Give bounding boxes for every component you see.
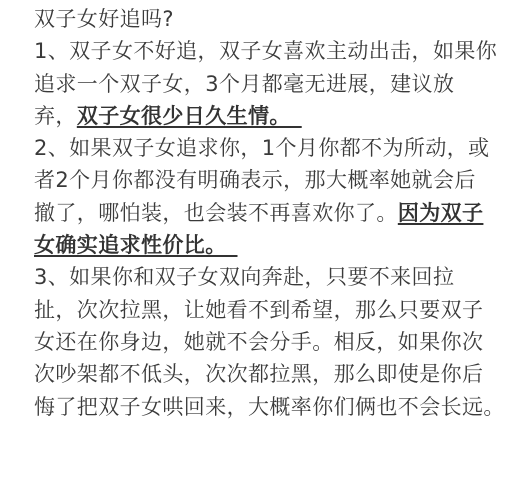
text-segment: 撤了，哪怕装，也会装不再喜欢你了。 xyxy=(34,201,398,225)
text-line: 女还在你身边，她就不会分手。相反，如果你次 xyxy=(34,326,510,358)
paragraph-3: 3、如果你和双子女双向奔赴，只要不来回拉 扯，次次拉黑，让她看不到希望，那么只要… xyxy=(34,261,510,422)
text-line: 追求一个双子女，3个月都毫无进展，建议放 xyxy=(34,68,510,100)
text-segment: 者2个月你都没有明确表示，那大概率她就会后 xyxy=(34,168,476,192)
text-segment: 2、如果双子女追求你，1个月你都不为所动，或 xyxy=(34,136,490,160)
text-line: 撤了，哪怕装，也会装不再喜欢你了。因为双子 xyxy=(34,197,510,229)
text-line: 3、如果你和双子女双向奔赴，只要不来回拉 xyxy=(34,261,510,293)
emphasized-text: 女确实追求性价比。_ xyxy=(34,233,238,257)
paragraph-2: 2、如果双子女追求你，1个月你都不为所动，或 者2个月你都没有明确表示，那大概率… xyxy=(34,132,510,261)
text-line: 1、双子女不好追，双子女喜欢主动出击，如果你 xyxy=(34,35,510,67)
text-line: 女确实追求性价比。_ xyxy=(34,229,510,261)
text-line: 弃，双子女很少日久生情。_ xyxy=(34,100,510,132)
article-title: 双子女好追吗? xyxy=(34,3,510,35)
text-segment: 1、双子女不好追，双子女喜欢主动出击，如果你 xyxy=(34,39,497,63)
paragraph-1: 1、双子女不好追，双子女喜欢主动出击，如果你 追求一个双子女，3个月都毫无进展，… xyxy=(34,35,510,132)
text-segment: 女还在你身边，她就不会分手。相反，如果你次 xyxy=(34,330,483,354)
emphasized-text: 双子女很少日久生情。_ xyxy=(77,104,302,128)
text-line: 者2个月你都没有明确表示，那大概率她就会后 xyxy=(34,164,510,196)
emphasized-text: 因为双子 xyxy=(398,201,484,225)
text-line: 2、如果双子女追求你，1个月你都不为所动，或 xyxy=(34,132,510,164)
text-line: 悔了把双子女哄回来，大概率你们俩也不会长远。 xyxy=(34,391,510,423)
text-segment: 追求一个双子女，3个月都毫无进展，建议放 xyxy=(34,72,454,96)
text-line: 扯，次次拉黑，让她看不到希望，那么只要双子 xyxy=(34,294,510,326)
text-segment: 3、如果你和双子女双向奔赴，只要不来回拉 xyxy=(34,265,454,289)
text-line: 次吵架都不低头，次次都拉黑，那么即使是你后 xyxy=(34,358,510,390)
text-segment: 次吵架都不低头，次次都拉黑，那么即使是你后 xyxy=(34,362,483,386)
text-segment: 悔了把双子女哄回来，大概率你们俩也不会长远。 xyxy=(34,395,505,419)
text-segment: 扯，次次拉黑，让她看不到希望，那么只要双子 xyxy=(34,298,483,322)
article-body: 双子女好追吗? 1、双子女不好追，双子女喜欢主动出击，如果你 追求一个双子女，3… xyxy=(34,3,510,423)
text-segment: 弃， xyxy=(34,104,77,128)
